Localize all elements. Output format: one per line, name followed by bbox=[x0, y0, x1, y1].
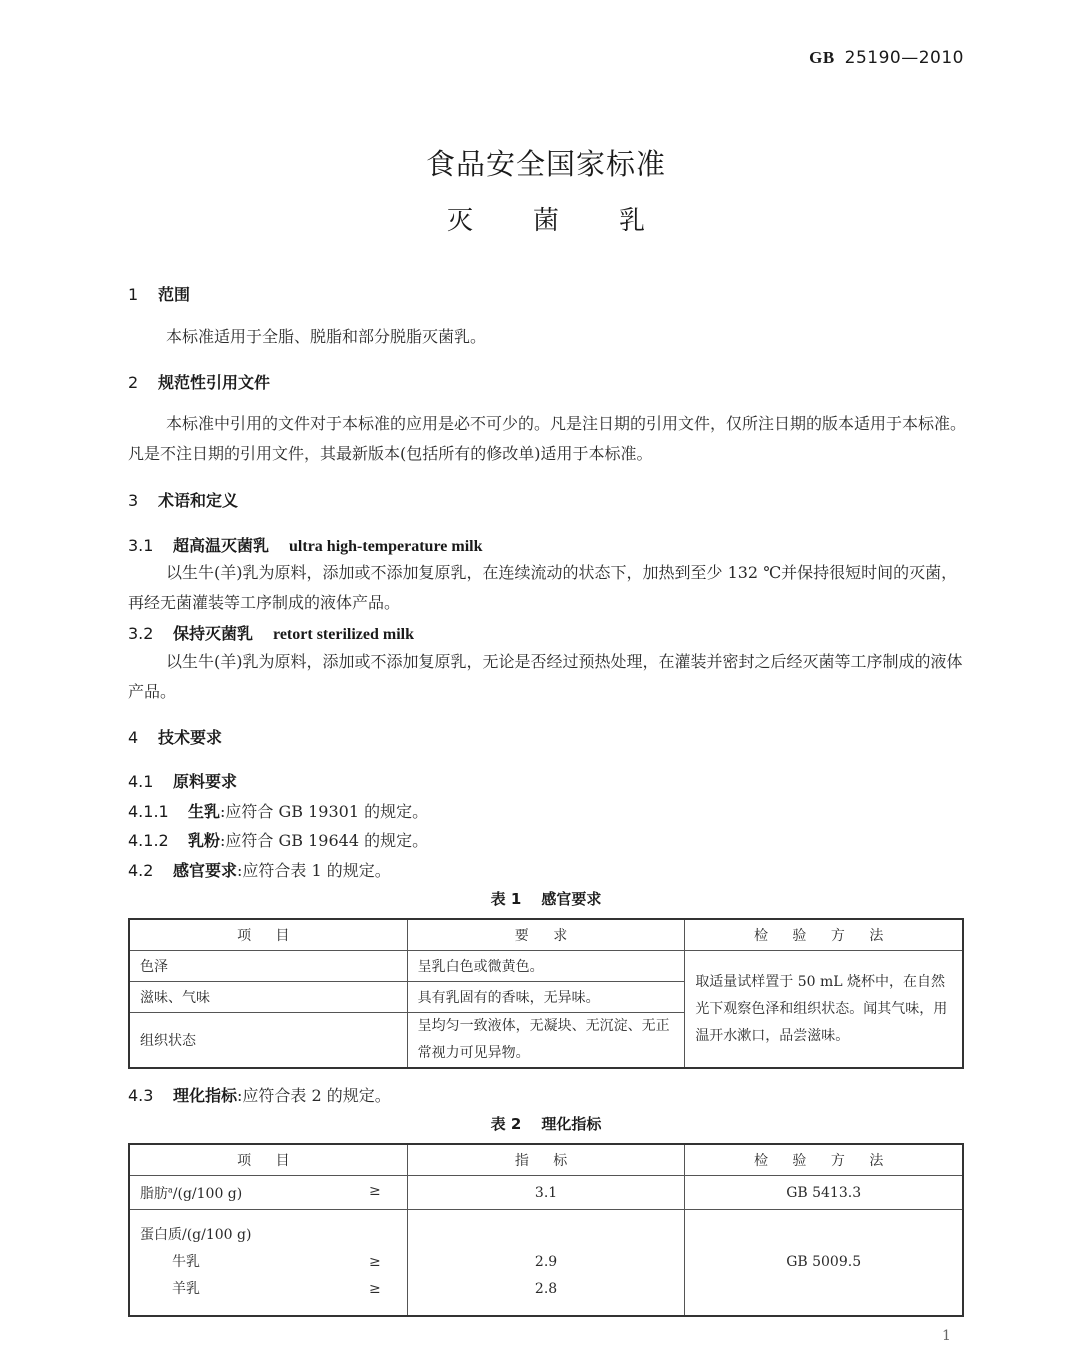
value-goat: 2.8 bbox=[418, 1276, 675, 1303]
cell-item: 脂肪a/(g/100 g)≥ bbox=[129, 1176, 407, 1210]
section-4-heading: 4技术要求 bbox=[128, 725, 222, 748]
document-title: 食品安全国家标准 bbox=[0, 142, 1080, 183]
cell-item: 滋味、气味 bbox=[129, 982, 407, 1013]
section-title: 规范性引用文件 bbox=[158, 373, 270, 392]
section-number: 3.1 bbox=[128, 536, 173, 555]
cell-method: GB 5009.5 bbox=[685, 1210, 963, 1316]
section-title: 术语和定义 bbox=[158, 491, 238, 510]
section-4-3: 4.3理化指标:应符合表 2 的规定。 bbox=[128, 1083, 391, 1106]
section-3-1-heading: 3.1超高温灭菌乳ultra high-temperature milk bbox=[128, 533, 482, 556]
cell-value: 3.1 bbox=[407, 1176, 685, 1210]
table-2-physicochemical: 项 目 指 标 检 验 方 法 脂肪a/(g/100 g)≥ 3.1 GB 54… bbox=[128, 1143, 964, 1317]
cell-requirement: 呈乳白色或微黄色。 bbox=[407, 951, 685, 982]
table-title: 感官要求 bbox=[541, 890, 601, 908]
operator: ≥ bbox=[369, 1276, 381, 1303]
column-header: 项 目 bbox=[129, 1144, 407, 1176]
subtitle-char: 灭 bbox=[447, 200, 473, 237]
section-title-en: retort sterilized milk bbox=[273, 626, 414, 643]
section-2-heading: 2规范性引用文件 bbox=[128, 370, 270, 393]
operator: ≥ bbox=[369, 1249, 381, 1276]
section-body: :应符合表 1 的规定。 bbox=[237, 861, 391, 880]
table-2-caption: 表 2理化指标 bbox=[0, 1113, 1080, 1134]
section-4-1-1: 4.1.1生乳:应符合 GB 19301 的规定。 bbox=[128, 799, 428, 822]
column-header: 要 求 bbox=[407, 919, 685, 951]
section-4-2: 4.2感官要求:应符合表 1 的规定。 bbox=[128, 858, 391, 881]
section-title: 原料要求 bbox=[173, 772, 237, 791]
section-title: 生乳 bbox=[188, 802, 220, 821]
sub-item-label: 羊乳 bbox=[172, 1281, 200, 1297]
column-header: 项 目 bbox=[129, 919, 407, 951]
standard-prefix: GB bbox=[809, 48, 835, 67]
section-title: 保持灭菌乳 bbox=[173, 624, 253, 643]
cell-item: 色泽 bbox=[129, 951, 407, 982]
section-4-1-2: 4.1.2乳粉:应符合 GB 19644 的规定。 bbox=[128, 828, 428, 851]
page-number: 1 bbox=[942, 1328, 951, 1344]
table-header-row: 项 目 要 求 检 验 方 法 bbox=[129, 919, 963, 951]
section-body: :应符合表 2 的规定。 bbox=[237, 1086, 391, 1105]
section-number: 2 bbox=[128, 373, 158, 392]
cell-item: 组织状态 bbox=[129, 1013, 407, 1069]
cell-item: 蛋白质/(g/100 g) 牛乳≥ 羊乳≥ bbox=[129, 1210, 407, 1316]
document-subtitle: 灭菌乳 bbox=[0, 200, 1080, 237]
section-title: 感官要求 bbox=[173, 861, 237, 880]
item-label: 脂肪 bbox=[140, 1186, 168, 1202]
section-3-2-body: 以生牛(羊)乳为原料，添加或不添加复原乳，无论是否经过预热处理，在灌装并密封之后… bbox=[128, 647, 968, 707]
item-label: 蛋白质/(g/100 g) bbox=[140, 1222, 397, 1249]
value-cow: 2.9 bbox=[418, 1249, 675, 1276]
cell-method: GB 5413.3 bbox=[685, 1176, 963, 1210]
sub-item-label: 牛乳 bbox=[172, 1254, 200, 1270]
table-header-row: 项 目 指 标 检 验 方 法 bbox=[129, 1144, 963, 1176]
section-number: 4.3 bbox=[128, 1086, 173, 1105]
operator: ≥ bbox=[369, 1183, 381, 1199]
column-header: 检 验 方 法 bbox=[685, 919, 963, 951]
standard-number: 25190—2010 bbox=[845, 48, 964, 68]
item-unit: /(g/100 g) bbox=[173, 1186, 242, 1202]
section-1-heading: 1范围 bbox=[128, 282, 190, 305]
section-3-1-body: 以生牛(羊)乳为原料，添加或不添加复原乳，在连续流动的状态下，加热到至少 132… bbox=[128, 558, 968, 618]
subtitle-char: 乳 bbox=[619, 200, 645, 237]
cell-value: 2.9 2.8 bbox=[407, 1210, 685, 1316]
section-number: 3.2 bbox=[128, 624, 173, 643]
section-2-body: 本标准中引用的文件对于本标准的应用是必不可少的。凡是注日期的引用文件，仅所注日期… bbox=[128, 409, 968, 469]
section-title: 范围 bbox=[158, 285, 190, 304]
sub-item-cow: 牛乳≥ bbox=[140, 1249, 397, 1276]
section-number: 4.2 bbox=[128, 861, 173, 880]
table-1-sensory: 项 目 要 求 检 验 方 法 色泽 呈乳白色或微黄色。 取适量试样置于 50 … bbox=[128, 918, 964, 1069]
section-3-heading: 3术语和定义 bbox=[128, 488, 238, 511]
section-4-1-heading: 4.1原料要求 bbox=[128, 769, 237, 792]
section-title: 乳粉 bbox=[188, 831, 220, 850]
sub-item-goat: 羊乳≥ bbox=[140, 1276, 397, 1303]
cell-requirement: 呈均匀一致液体，无凝块、无沉淀、无正常视力可见异物。 bbox=[407, 1013, 685, 1069]
section-title: 超高温灭菌乳 bbox=[173, 536, 269, 555]
section-title: 技术要求 bbox=[158, 728, 222, 747]
section-body: :应符合 GB 19301 的规定。 bbox=[220, 802, 428, 821]
section-3-2-heading: 3.2保持灭菌乳retort sterilized milk bbox=[128, 621, 414, 644]
section-number: 4.1.2 bbox=[128, 831, 188, 850]
cell-requirement: 具有乳固有的香味，无异味。 bbox=[407, 982, 685, 1013]
table-1-caption: 表 1感官要求 bbox=[0, 888, 1080, 909]
section-number: 4 bbox=[128, 728, 158, 747]
column-header: 指 标 bbox=[407, 1144, 685, 1176]
table-number: 表 2 bbox=[491, 1115, 522, 1133]
section-number: 1 bbox=[128, 285, 158, 304]
subtitle-char: 菌 bbox=[533, 200, 559, 237]
table-row-fat: 脂肪a/(g/100 g)≥ 3.1 GB 5413.3 bbox=[129, 1176, 963, 1210]
table-row-protein: 蛋白质/(g/100 g) 牛乳≥ 羊乳≥ 2.9 2.8 GB 5009.5 bbox=[129, 1210, 963, 1316]
column-header: 检 验 方 法 bbox=[685, 1144, 963, 1176]
section-number: 3 bbox=[128, 491, 158, 510]
section-number: 4.1.1 bbox=[128, 802, 188, 821]
table-title: 理化指标 bbox=[541, 1115, 601, 1133]
section-body: :应符合 GB 19644 的规定。 bbox=[220, 831, 428, 850]
table-number: 表 1 bbox=[491, 890, 522, 908]
cell-method: 取适量试样置于 50 mL 烧杯中，在自然光下观察色泽和组织状态。闻其气味，用温… bbox=[685, 951, 963, 1069]
section-title-en: ultra high-temperature milk bbox=[289, 538, 482, 555]
standard-code: GB25190—2010 bbox=[809, 48, 964, 68]
section-1-body: 本标准适用于全脂、脱脂和部分脱脂灭菌乳。 bbox=[128, 322, 968, 352]
section-number: 4.1 bbox=[128, 772, 173, 791]
section-title: 理化指标 bbox=[173, 1086, 237, 1105]
table-row: 色泽 呈乳白色或微黄色。 取适量试样置于 50 mL 烧杯中，在自然光下观察色泽… bbox=[129, 951, 963, 982]
